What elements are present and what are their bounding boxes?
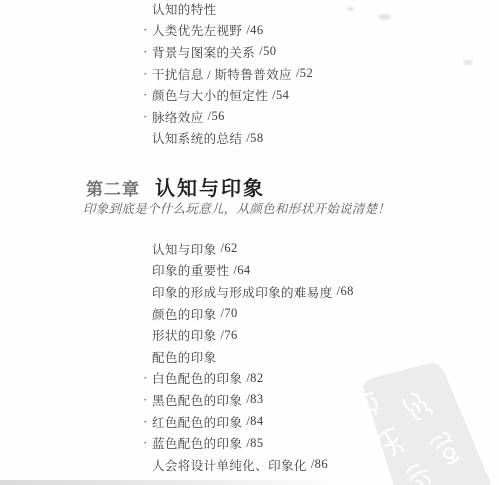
toc-entry-label: 脉络效应 [152,108,204,126]
scan-speck [463,60,473,65]
toc-entry: · 蓝色配色的印象 /85 [152,432,354,454]
toc-entry: · 背景与图案的关系 /50 [152,41,313,63]
bullet-dot: · [143,435,148,451]
toc-entry: · 人类优先左视野 /46 [152,20,313,42]
scan-speck [347,7,354,11]
toc-entry-label: 印象的形成与形成印象的难易度 [152,283,333,301]
scan-speck [378,14,391,20]
toc-entry-page: /56 [208,109,225,124]
seal-glyph-3 [377,427,406,459]
seal-glyph-1 [353,386,382,419]
toc-entry-page: /86 [311,457,328,472]
chapter-title: 认知与印象 [155,172,265,201]
bullet-dot: · [143,87,148,103]
seal-stamp-watermark: G G [340,340,499,485]
toc-entry-page: /68 [337,284,354,299]
toc-entry-page: /83 [246,392,263,407]
chapter-number: 第二章 [86,175,140,200]
toc-entry-label: 人会将设计单纯化、印象化 [152,456,307,474]
seal-glyph-2 [402,390,433,424]
toc-entry: · 干扰信息 / 斯特鲁普效应 /52 [152,63,313,85]
toc-entry-label: 红色配色的印象 [152,413,242,431]
toc-entry: · 黑色配色的印象 /83 [152,389,354,411]
seal-glyph-5 [405,462,432,485]
toc-entry-label: 认知与印象 [152,240,217,258]
toc-entry: · 颜色与大小的恒定性 /54 [152,84,313,106]
toc-entry: 认知系统的总结 /58 [152,128,313,150]
seal-glyph-4 [430,431,462,467]
toc-top-list: 认知的特性 · 人类优先左视野 /46 · 背景与图案的关系 /50 · 干扰信… [152,0,313,149]
toc-entry-page: /82 [246,371,263,386]
toc-entry: · 脉络效应 /56 [152,106,313,128]
toc-entry: 印象的重要性 /64 [152,260,354,282]
toc-main-list: 认知与印象 /62 印象的重要性 /64 印象的形成与形成印象的难易度 /68 … [152,238,354,476]
toc-entry: · 白色配色的印象 /82 [152,368,354,390]
toc-entry: 印象的形成与形成印象的难易度 /68 [152,281,354,303]
toc-entry: 配色的印象 [152,346,354,368]
watermark-corner-letter-2: G [477,469,492,485]
toc-entry-label: 白色配色的印象 [152,369,242,387]
bullet-dot: · [143,414,148,430]
toc-entry-label: 干扰信息 / 斯特鲁普效应 [152,65,292,83]
toc-entry-page: /58 [246,131,263,146]
toc-entry: 颜色的印象 /70 [152,303,354,325]
toc-entry-label: 认知的特性 [152,0,217,18]
toc-entry-page: /84 [246,414,263,429]
chapter-heading: 第二章 认知与印象 [86,172,265,201]
toc-entry-label: 蓝色配色的印象 [152,434,242,452]
toc-entry-label: 印象的重要性 [152,261,229,279]
toc-entry-label: 人类优先左视野 [152,21,242,39]
toc-entry: 人会将设计单纯化、印象化 /86 [152,454,354,476]
toc-entry-label: 黑色配色的印象 [152,391,242,409]
toc-entry-page: /70 [221,306,238,321]
bullet-dot: · [143,66,148,82]
toc-entry-page: /64 [233,263,250,278]
toc-entry-page: /52 [296,66,313,81]
bullet-dot: · [143,22,148,38]
bullet-dot: · [143,109,148,125]
toc-entry-page: /85 [246,436,263,451]
toc-entry-label: 颜色的印象 [152,305,217,323]
toc-entry-label: 背景与图案的关系 [152,43,255,61]
book-page: 认知的特性 · 人类优先左视野 /46 · 背景与图案的关系 /50 · 干扰信… [0,0,499,485]
toc-entry-label: 认知系统的总结 [152,129,242,147]
toc-entry-page: /62 [221,241,238,256]
toc-entry: · 红色配色的印象 /84 [152,411,354,433]
bullet-dot: · [143,370,148,386]
toc-entry: 认知与印象 /62 [152,238,354,260]
stamp-blob [363,363,492,485]
toc-entry-page: /46 [246,23,263,38]
toc-entry-page: /50 [259,44,276,59]
toc-entry-label: 形状的印象 [152,326,217,344]
watermark-corner-letter: G [458,458,473,477]
toc-entry-page: /54 [272,88,289,103]
bullet-dot: · [143,392,148,408]
bullet-dot: · [143,44,148,60]
chapter-subtitle: 印象到底是个什么玩意儿，从颜色和形状开始说清楚！ [83,199,390,217]
page-edge-shadow [0,480,345,485]
toc-entry-label: 配色的印象 [152,348,217,366]
toc-entry-label: 颜色与大小的恒定性 [152,86,268,104]
toc-entry: 认知的特性 [152,0,313,20]
toc-entry: 形状的印象 /76 [152,324,354,346]
toc-entry-page: /76 [221,328,238,343]
